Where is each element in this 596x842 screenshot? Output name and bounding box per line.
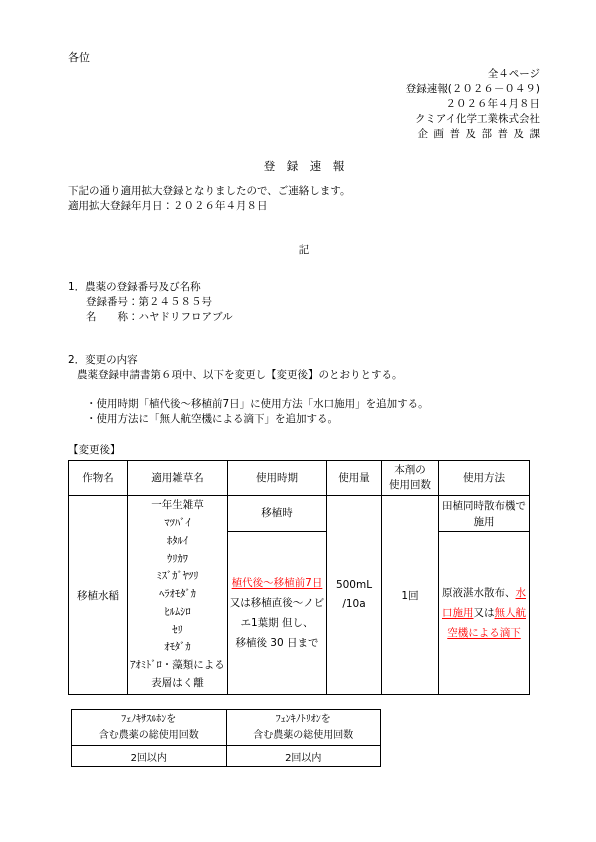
restriction-header-row: ﾌｪﾉｷｻｽﾙﾎﾝを 含む農薬の総使用回数 ﾌｪﾝｷﾉﾄﾘｵﾝを 含む農薬の総使…: [72, 710, 381, 746]
cell-period-extended: 植代後～移植前7日 又は移植直後～ノビ エ1葉期 但し、 移植後 30 日まで: [228, 532, 327, 695]
restriction-value-row: 2回以内 2回以内: [72, 746, 381, 767]
department-name: 企画普及部普及課: [418, 127, 546, 142]
after-change-label: 【変更後】: [68, 443, 540, 458]
change-bullet-2: ・使用方法に「無人航空機による滴下」を追加する。: [86, 412, 540, 427]
header-times: 本剤の 使用回数: [382, 461, 439, 496]
cell-period-transplanting: 移植時: [228, 496, 327, 532]
product-name: 名 称：ハヤドリフロアブル: [68, 310, 540, 325]
cell-method-machine: 田植同時散布機で 施用: [439, 496, 530, 532]
document-page: 各位 全４ページ 登録速報(２０２６－０４９) ２０２６年４月８日 クミアイ化学…: [0, 0, 596, 842]
section2-body: 農薬登録申請書第６項中、以下を変更し【変更後】のとおりとする。: [68, 368, 540, 383]
period-rest-text: 又は移植直後～ノビ エ1葉期 但し、 移植後 30 日まで: [230, 597, 325, 649]
document-title: 登 録 速 報: [68, 158, 540, 174]
restriction-header-fenquinotrione: ﾌｪﾝｷﾉﾄﾘｵﾝを 含む農薬の総使用回数: [226, 710, 381, 746]
usage-table-header-row: 作物名 適用雑草名 使用時期 使用量 本剤の 使用回数 使用方法: [69, 461, 530, 496]
intro-line-1: 下記の通り適用拡大登録となりましたので、ご連絡します。: [68, 184, 540, 199]
cell-method-flooding: 原液湛水散布、水口施用又は無人航空機による滴下: [439, 532, 530, 695]
intro-paragraph: 下記の通り適用拡大登録となりましたので、ご連絡します。 適用拡大登録年月日：２０…: [68, 184, 540, 214]
document-header-block: 全４ページ 登録速報(２０２６－０４９) ２０２６年４月８日 クミアイ化学工業株…: [68, 67, 540, 142]
change-bullets: ・使用時期「植代後～移植前7日」に使用方法「水口施用」を追加する。 ・使用方法に…: [68, 397, 540, 427]
restriction-table: ﾌｪﾉｷｻｽﾙﾎﾝを 含む農薬の総使用回数 ﾌｪﾝｷﾉﾄﾘｵﾝを 含む農薬の総使…: [71, 709, 381, 767]
section2-heading: 2．変更の内容: [68, 353, 540, 368]
issue-date: ２０２６年４月８日: [68, 97, 540, 112]
section-changes: 2．変更の内容 農薬登録申請書第６項中、以下を変更し【変更後】のとおりとする。 …: [68, 353, 540, 427]
usage-table: 作物名 適用雑草名 使用時期 使用量 本剤の 使用回数 使用方法 移植水稲 一年…: [68, 460, 530, 695]
intro-line-2: 適用拡大登録年月日：２０２６年４月８日: [68, 199, 540, 214]
restriction-header-fenoxasulfone: ﾌｪﾉｷｻｽﾙﾎﾝを 含む農薬の総使用回数: [72, 710, 227, 746]
ki-mark: 記: [68, 243, 540, 258]
cell-crop: 移植水稲: [69, 496, 128, 695]
cell-times: 1回: [382, 496, 439, 695]
addressee: 各位: [68, 50, 540, 65]
header-crop: 作物名: [69, 461, 128, 496]
change-bullet-1: ・使用時期「植代後～移植前7日」に使用方法「水口施用」を追加する。: [86, 397, 540, 412]
header-period: 使用時期: [228, 461, 327, 496]
section-registration: 1．農薬の登録番号及び名称 登録番号：第２４５８５号 名 称：ハヤドリフロアブル: [68, 280, 540, 325]
restriction-value-fenoxasulfone: 2回以内: [72, 746, 227, 767]
company-name: クミアイ化学工業株式会社: [68, 112, 540, 127]
header-method: 使用方法: [439, 461, 530, 496]
page-count: 全４ページ: [68, 67, 540, 82]
registration-number: 登録番号：第２４５８５号: [68, 295, 540, 310]
header-weeds: 適用雑草名: [128, 461, 228, 496]
usage-table-row-sub1: 移植水稲 一年生雑草 ﾏﾂﾊﾞｲ ﾎﾀﾙｲ ｳﾘｶﾜ ﾐｽﾞｶﾞﾔﾂﾘ ﾍﾗｵﾓ…: [69, 496, 530, 532]
cell-weeds: 一年生雑草 ﾏﾂﾊﾞｲ ﾎﾀﾙｲ ｳﾘｶﾜ ﾐｽﾞｶﾞﾔﾂﾘ ﾍﾗｵﾓﾀﾞｶ ﾋ…: [128, 496, 228, 695]
method-mid-text: 又は: [474, 607, 495, 619]
method-pre-text: 原液湛水散布、: [442, 587, 516, 599]
restriction-value-fenquinotrione: 2回以内: [226, 746, 381, 767]
cell-amount: 500mL /10a: [327, 496, 382, 695]
section1-heading: 1．農薬の登録番号及び名称: [68, 280, 540, 295]
bulletin-number: 登録速報(２０２６－０４９): [68, 82, 540, 97]
period-added-text: 植代後～移植前7日: [232, 577, 323, 589]
header-amount: 使用量: [327, 461, 382, 496]
